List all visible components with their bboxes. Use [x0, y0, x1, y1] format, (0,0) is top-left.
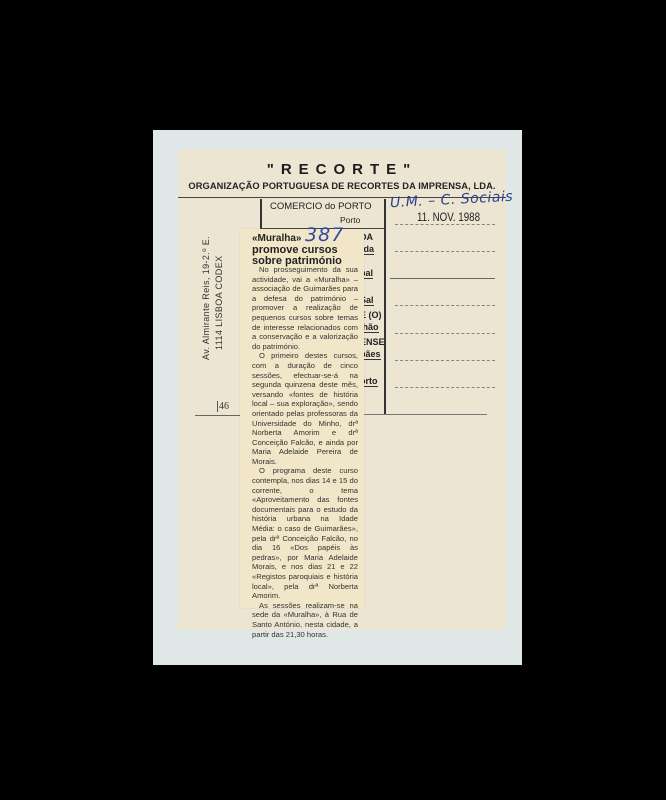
- brand-title: "RECORTE": [178, 161, 506, 178]
- paragraph: No prosseguimento da sua actividade, vai…: [252, 265, 358, 351]
- right-rule-4: [395, 305, 495, 306]
- right-rule-5: [395, 333, 495, 334]
- page-number: 46: [217, 401, 229, 412]
- right-bottom-rule: [362, 414, 487, 415]
- right-rule-7: [395, 387, 495, 388]
- publication-name: COMERCIO do PORTO: [270, 201, 372, 212]
- right-rule-3: [390, 278, 495, 279]
- organization-name: ORGANIZAÇÃO PORTUGUESA DE RECORTES DA IM…: [178, 181, 506, 191]
- right-rule-2: [395, 251, 495, 252]
- paragraph: O programa deste curso contempla, nos di…: [252, 466, 358, 600]
- stamp-date: 11. NOV. 1988: [417, 212, 480, 224]
- address-line-1: Av. Almirante Reis, 19-2.º E.: [200, 236, 213, 360]
- address-block: Av. Almirante Reis, 19-2.º E. 1114 LISBO…: [200, 236, 226, 360]
- right-rule-1: [395, 224, 495, 225]
- paragraph: As sessões realizam-se na sede da «Mural…: [252, 601, 358, 639]
- right-rule-6: [395, 360, 495, 361]
- left-bottom-rule: [195, 415, 245, 416]
- column-divider-right: [384, 199, 386, 415]
- paragraph: O primeiro destes cursos, com a duração …: [252, 351, 358, 466]
- address-line-2: 1114 LISBOA CODEX: [213, 236, 226, 360]
- column-divider-left: [260, 199, 262, 229]
- handwritten-clipping-number: 387: [305, 224, 344, 246]
- clipping-body: No prosseguimento da sua actividade, vai…: [252, 265, 358, 639]
